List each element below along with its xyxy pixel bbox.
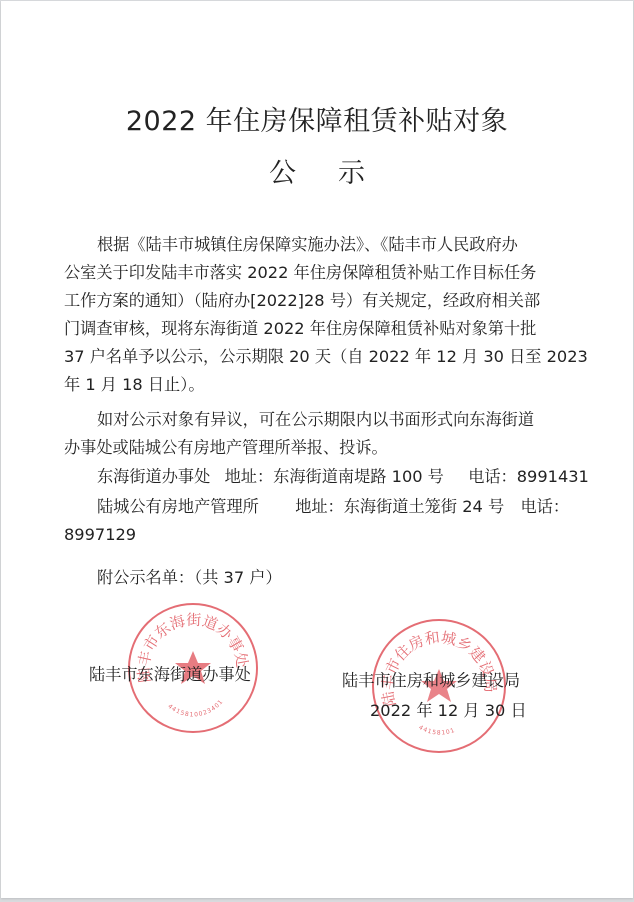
contact-org: 陆城公有房地产管理所 <box>97 497 259 516</box>
document-page: 2022 年住房保障租赁补贴对象 公示 根据《陆丰市城镇住房保障实施办法》、《陆… <box>1 1 633 898</box>
subtitle-char-1: 公 <box>269 151 296 190</box>
signature-dong-hai-office: 陆丰市东海街道办事处 <box>89 661 251 685</box>
subtitle-char-2: 示 <box>338 151 365 190</box>
paragraph-line: 办事处或陆城公有房地产管理所举报、投诉。 <box>64 434 388 462</box>
paragraph-line: 37 户名单予以公示，公示期限 20 天（自 2022 年 12 月 30 日至… <box>64 343 588 371</box>
paragraph-line: 工作方案的通知）（陆府办[2022]28 号）有关规定，经政府相关部 <box>64 287 540 315</box>
paragraph-line: 根据《陆丰市城镇住房保障实施办法》、《陆丰市人民政府办 <box>64 231 518 259</box>
contact-address: 地址：东海街道土笼街 24 号 <box>295 497 504 516</box>
paragraph-line: 如对公示对象有异议，可在公示期限内以书面形式向东海街道 <box>64 406 534 434</box>
contact-phone-label: 电话： <box>520 497 569 516</box>
paragraph-line: 门调查审核，现将东海街道 2022 年住房保障租赁补贴对象第十批 <box>64 315 536 343</box>
document-subtitle: 公示 <box>1 151 633 190</box>
paragraph-line: 年 1 月 18 日止）。 <box>64 371 205 399</box>
svg-text:4415810023401: 4415810023401 <box>166 698 225 718</box>
svg-text:44158101: 44158101 <box>417 724 456 737</box>
document-title: 2022 年住房保障租赁补贴对象 <box>1 99 633 138</box>
signature-date: 2022 年 12 月 30 日 <box>370 697 527 721</box>
contact-phone: 电话：8991431 <box>468 467 589 486</box>
contact-address: 地址：东海街道南堤路 100 号 <box>225 467 444 486</box>
contact-phone-number: 8997129 <box>64 521 136 549</box>
signature-housing-bureau: 陆丰市住房和城乡建设局 <box>342 667 520 691</box>
paragraph-line: 公室关于印发陆丰市落实 2022 年住房保障租赁补贴工作目标任务 <box>64 259 536 287</box>
contact-org: 东海街道办事处 <box>97 467 210 486</box>
